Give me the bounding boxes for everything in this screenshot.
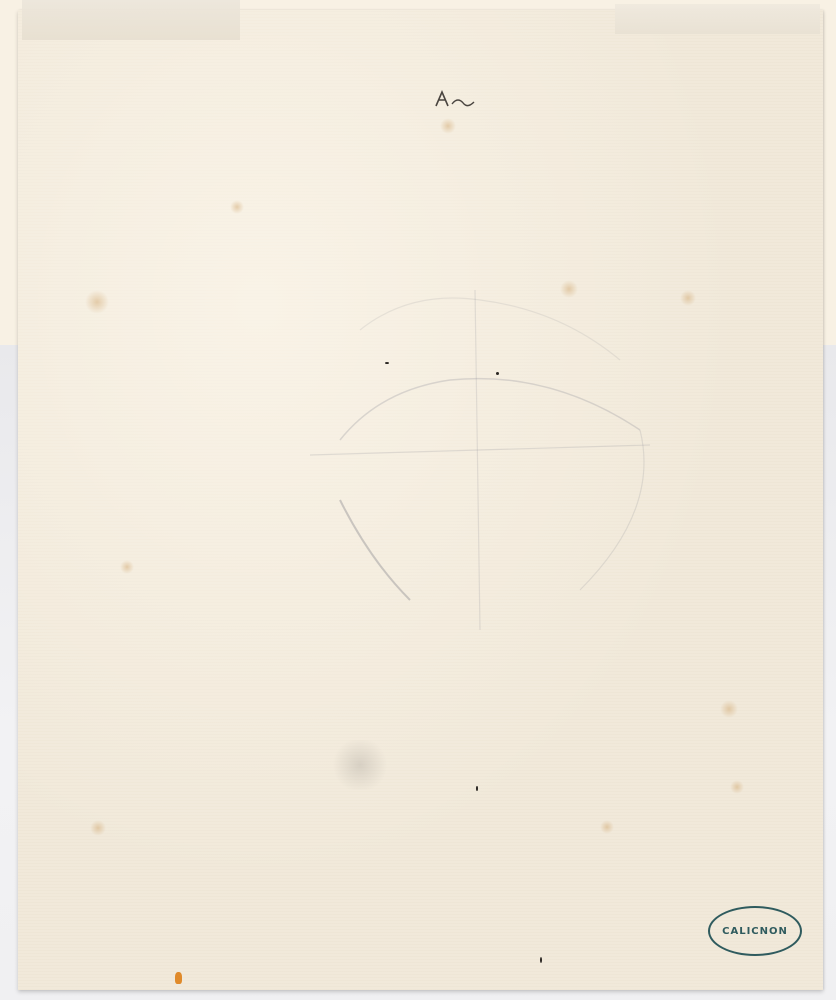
collector-stamp: CALICNON — [708, 906, 802, 956]
foxing-spot — [730, 780, 744, 794]
hinge-tape-left — [22, 0, 240, 40]
hinge-tape-right — [615, 4, 820, 34]
foxing-spot — [680, 290, 696, 306]
foxing-spot — [85, 290, 109, 314]
ink-dot — [540, 957, 542, 963]
foxing-spot — [90, 820, 106, 836]
foxing-spot — [120, 560, 134, 574]
ink-dot — [496, 372, 499, 375]
foxing-spot — [230, 200, 244, 214]
foxing-spot — [600, 820, 614, 834]
graphite-smudge — [330, 740, 390, 790]
orange-fleck — [175, 972, 182, 984]
ink-dot — [385, 362, 389, 364]
ink-dot — [476, 786, 478, 791]
foxing-spot — [440, 118, 456, 134]
foxing-spot — [720, 700, 738, 718]
pencil-inscription — [432, 88, 478, 110]
faint-sketch — [300, 270, 670, 630]
collector-stamp-text: CALICNON — [722, 926, 788, 937]
